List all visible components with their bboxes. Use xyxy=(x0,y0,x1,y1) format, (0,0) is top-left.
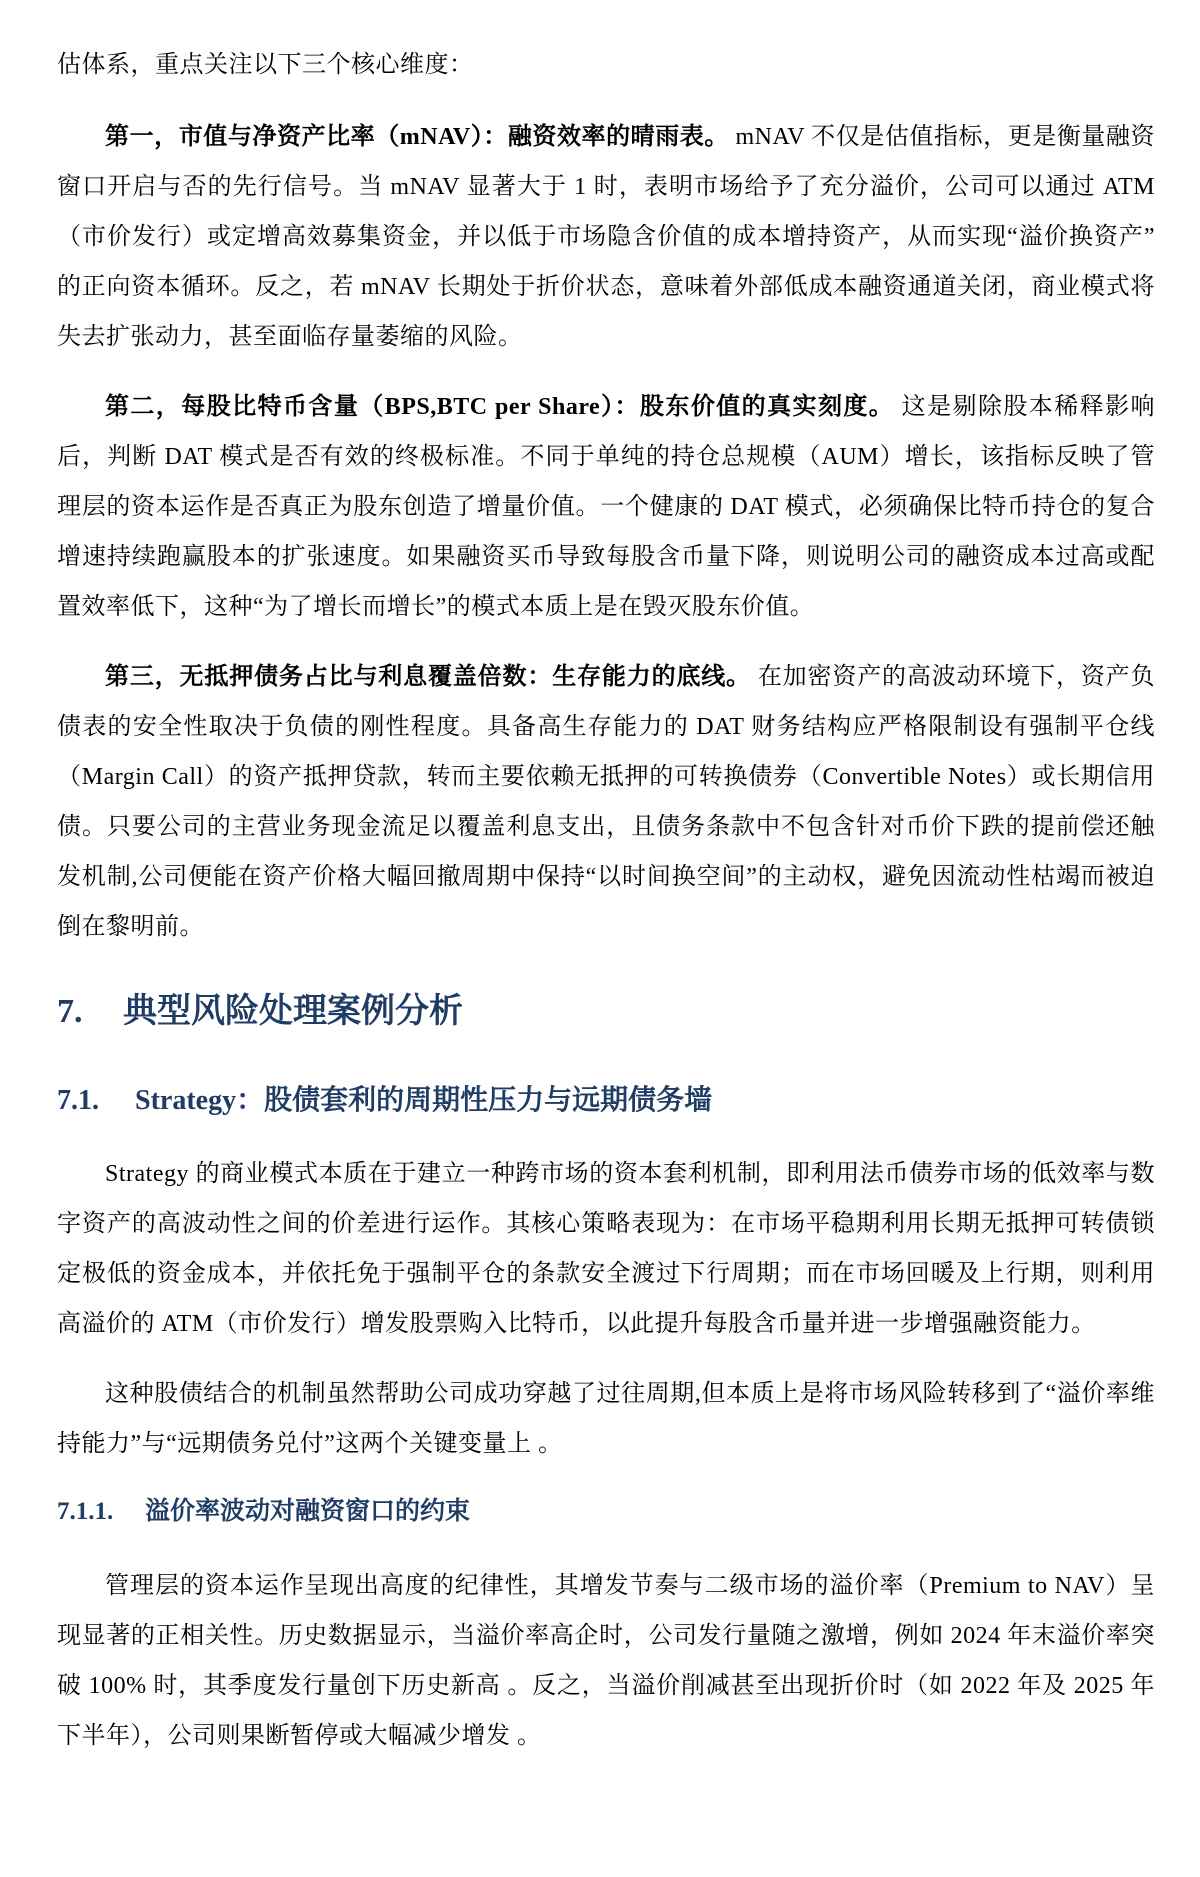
premium-discipline-paragraph: 管理层的资本运作呈现出高度的纪律性，其增发节奏与二级市场的溢价率（Premium… xyxy=(57,1561,1155,1761)
section-7-1-number: 7.1. xyxy=(57,1081,135,1121)
strategy-model-text: Strategy 的商业模式本质在于建立一种跨市场的资本套利机制，即利用法币债券… xyxy=(57,1161,1155,1337)
dimension2-body-text: 这是剔除股本稀释影响后，判断 DAT 模式是否有效的终极标准。不同于单纯的持仓总… xyxy=(57,394,1155,620)
section-7-1-1-title: 溢价率波动对融资窗口的约束 xyxy=(145,1494,1155,1530)
premium-discipline-text: 管理层的资本运作呈现出高度的纪律性，其增发节奏与二级市场的溢价率（Premium… xyxy=(57,1573,1155,1749)
section-7-1-title: Strategy：股债套利的周期性压力与远期债务墙 xyxy=(135,1081,1155,1121)
dimension1-body-text: mNAV 不仅是估值指标，更是衡量融资窗口开启与否的先行信号。当 mNAV 显著… xyxy=(57,124,1155,350)
dimension3-body-text: 在加密资产的高波动环境下，资产负债表的安全性取决于负债的刚性程度。具备高生存能力… xyxy=(57,664,1155,940)
intro-text: 估体系，重点关注以下三个核心维度： xyxy=(57,52,474,78)
section-7-1-1-number: 7.1.1. xyxy=(57,1494,145,1530)
mechanism-text: 这种股债结合的机制虽然帮助公司成功穿越了过往周期,但本质上是将市场风险转移到了“… xyxy=(57,1381,1155,1457)
section-heading-7-1-1: 7.1.1. 溢价率波动对融资窗口的约束 xyxy=(57,1494,1155,1530)
dimension1-paragraph: 第一，市值与净资产比率（mNAV）：融资效率的晴雨表。 mNAV 不仅是估值指标… xyxy=(57,112,1155,362)
intro-paragraph: 估体系，重点关注以下三个核心维度： xyxy=(57,40,1155,90)
dimension2-paragraph: 第二，每股比特币含量（BPS,BTC per Share）：股东价值的真实刻度。… xyxy=(57,382,1155,632)
mechanism-paragraph: 这种股债结合的机制虽然帮助公司成功穿越了过往周期,但本质上是将市场风险转移到了“… xyxy=(57,1369,1155,1469)
dimension2-bold-lead: 第二，每股比特币含量（BPS,BTC per Share）：股东价值的真实刻度。 xyxy=(105,394,894,420)
section-heading-7-1: 7.1. Strategy：股债套利的周期性压力与远期债务墙 xyxy=(57,1081,1155,1121)
strategy-model-paragraph: Strategy 的商业模式本质在于建立一种跨市场的资本套利机制，即利用法币债券… xyxy=(57,1149,1155,1349)
document-page: 估体系，重点关注以下三个核心维度： 第一，市值与净资产比率（mNAV）：融资效率… xyxy=(0,0,1200,1877)
dimension3-bold-lead: 第三，无抵押债务占比与利息覆盖倍数：生存能力的底线。 xyxy=(105,664,751,690)
dimension3-paragraph: 第三，无抵押债务占比与利息覆盖倍数：生存能力的底线。 在加密资产的高波动环境下，… xyxy=(57,652,1155,952)
dimension1-bold-lead: 第一，市值与净资产比率（mNAV）：融资效率的晴雨表。 xyxy=(105,124,729,150)
section-7-number: 7. xyxy=(57,989,123,1035)
section-7-title: 典型风险处理案例分析 xyxy=(123,989,1155,1035)
section-heading-7: 7. 典型风险处理案例分析 xyxy=(57,989,1155,1035)
